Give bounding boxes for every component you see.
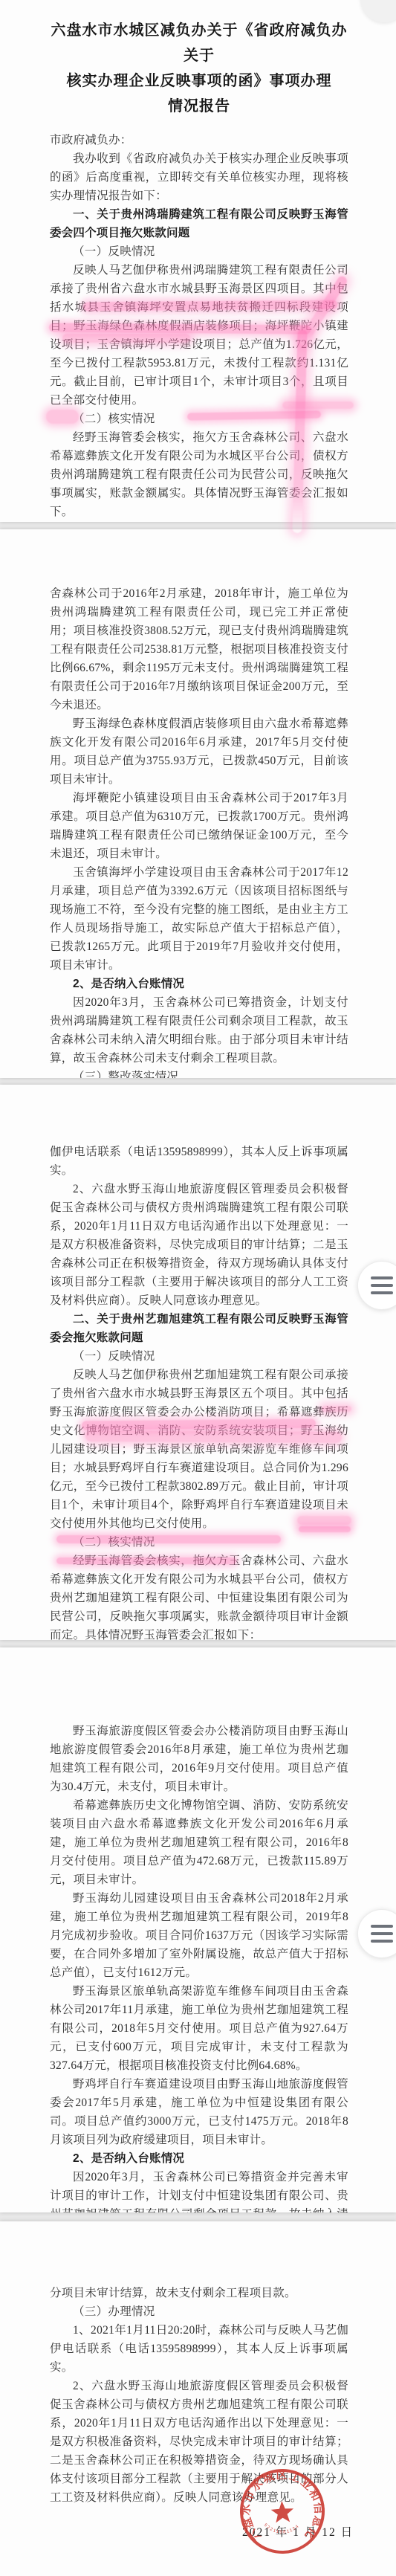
doc-paragraph: 2、是否纳入台账情况 xyxy=(50,975,348,993)
stitched-screenshot: 六盘水市水城区减负办关于《省政府减负办关于核实办理企业反映事项的函》事项办理情况… xyxy=(0,0,396,2576)
doc-paragraph: 我办收到《省政府减负办关于核实办理企业反映事项的函》后高度重视，立即转交有关单位… xyxy=(50,149,348,205)
doc-paragraph: 因2020年3月，玉舍森林公司已筹措资金，计划支付贵州鸿瑞腾建筑工程有限责任公司… xyxy=(50,993,348,1068)
doc-paragraph: 海坪鞭陀小镇建设项目由玉舍森林公司于2017年3月承建。项目总产值为6310万元… xyxy=(50,789,348,863)
doc-paragraph: 2、是否纳入台账情况 xyxy=(50,2149,348,2168)
hamburger-menu-icon xyxy=(371,1932,393,1935)
seal-serial-text: 52211981124 xyxy=(263,2521,301,2536)
doc-paragraph: 野玉海幼儿园建设项目由玉舍森林公司2018年2月承建，施工单位为贵州艺珈旭建筑工… xyxy=(50,1889,348,1982)
doc-paragraph: 经野玉海管委会核实，拖欠方玉舍森林公司、六盘水希幕遮彝族文化开发有限公司为水城县… xyxy=(50,1552,348,1640)
page-content: 野玉海旅游度假区管委会办公楼消防项目由野玉海山地旅游度假管委会2016年8月承建… xyxy=(50,1722,348,2212)
document-page-1: 六盘水市水城区减负办关于《省政府减负办关于核实办理企业反映事项的函》事项办理情况… xyxy=(0,0,396,522)
hamburger-menu-icon xyxy=(371,1925,393,1928)
doc-paragraph: 野玉海旅游度假区管委会办公楼消防项目由野玉海山地旅游度假管委会2016年8月承建… xyxy=(50,1722,348,1796)
doc-paragraph: 一、关于贵州鸿瑞腾建筑工程有限公司反映野玉海管委会四个项目拖欠账款问题 xyxy=(50,205,348,242)
doc-paragraph: 经野玉海管委会核实，拖欠方玉舍森林公司、六盘水希幕遮彝族文化开发有限公司为水城区… xyxy=(50,428,348,521)
doc-paragraph: 1、2021年1月11日20:20时，森林公司与反映人马艺伽伊电话联系（电话13… xyxy=(50,2321,348,2377)
doc-paragraph: （二）核实情况 xyxy=(50,1533,348,1552)
hamburger-menu-icon xyxy=(371,1284,393,1287)
doc-paragraph: （二）核实情况 xyxy=(50,410,348,428)
doc-paragraph: （三）办理情况 xyxy=(50,2302,348,2321)
page-content: 六盘水市水城区减负办关于《省政府减负办关于核实办理企业反映事项的函》事项办理情况… xyxy=(50,18,348,522)
doc-paragraph: 玉舍镇海坪小学建设项目由玉舍森林公司于2017年12月承建，项目总产值为3392… xyxy=(50,863,348,975)
doc-paragraph: 因2020年3月，玉舍森林公司已筹措资金并完善未审计项目的审计工作，计划支付中恒… xyxy=(50,2168,348,2212)
document-page-4: 野玉海旅游度假区管委会办公楼消防项目由野玉海山地旅游度假管委会2016年8月承建… xyxy=(0,1647,396,2212)
doc-paragraph: 2、六盘水野玉海山地旅游度假区管理委员会积极督促玉舍森林公司与债权方贵州鸿瑞腾建… xyxy=(50,1180,348,1310)
hamburger-menu-icon xyxy=(371,1291,393,1294)
doc-title-line: 六盘水市水城区减负办关于《省政府减负办关于 xyxy=(50,18,348,68)
hamburger-menu-icon xyxy=(371,1940,393,1943)
doc-paragraph: （三）整改落实情况 xyxy=(50,1068,348,1078)
document-page-3: 伽伊电话联系（电话13595898999），其本人反上诉事项属实。2、六盘水野玉… xyxy=(0,1085,396,1640)
page-content: 伽伊电话联系（电话13595898999），其本人反上诉事项属实。2、六盘水野玉… xyxy=(50,1143,348,1640)
doc-paragraph: 分项目未审计结算，故未支付剩余工程项目款。 xyxy=(50,2284,348,2302)
doc-title-line: 核实办理企业反映事项的函》事项办理 xyxy=(50,68,348,94)
seal-star xyxy=(270,2500,294,2522)
doc-paragraph: （一）反映情况 xyxy=(50,242,348,261)
doc-paragraph: 舍森林公司于2016年2月承建，2018年审计，施工单位为贵州鸿瑞腾建筑工程有限… xyxy=(50,584,348,714)
doc-paragraph: 市政府减负办： xyxy=(50,131,348,149)
doc-paragraph: 1、基本情况 xyxy=(50,521,348,522)
document-page-2: 舍森林公司于2016年2月承建，2018年审计，施工单位为贵州鸿瑞腾建筑工程有限… xyxy=(0,529,396,1078)
doc-paragraph: 伽伊电话联系（电话13595898999），其本人反上诉事项属实。 xyxy=(50,1143,348,1180)
doc-paragraph: 反映人马艺伽伊称贵州艺珈旭建筑工程有限公司承接了贵州省六盘水市水城县野玉海景区五… xyxy=(50,1366,348,1533)
doc-paragraph: 二、关于贵州艺珈旭建筑工程有限公司反映野玉海管委会拖欠账款问题 xyxy=(50,1310,348,1347)
doc-paragraph: 野玉海景区旅单轨高架游览车维修车间项目由玉舍森林公司2017年11月承建，施工单… xyxy=(50,1982,348,2075)
document-page-5: 分项目未审计结算，故未支付剩余工程项目款。（三）办理情况1、2021年1月11日… xyxy=(0,2221,396,2576)
page-content: 舍森林公司于2016年2月承建，2018年审计，施工单位为贵州鸿瑞腾建筑工程有限… xyxy=(50,584,348,1078)
doc-paragraph: 野玉海绿色森林度假酒店装修项目由六盘水希幕遮彝族文化开发有限公司2016年6月承… xyxy=(50,714,348,789)
doc-paragraph: （一）反映情况 xyxy=(50,1347,348,1366)
hamburger-menu-icon xyxy=(371,1276,393,1279)
doc-paragraph: 反映人马艺伽伊称贵州鸿瑞腾建筑工程有限责任公司承接了贵州省六盘水市水城县野玉海景… xyxy=(50,261,348,410)
official-seal: 六盘水市水城区工业和信息化局 52211981124 xyxy=(236,2464,329,2558)
doc-paragraph: 野鸡坪自行车赛道建设项目由野玉海山地旅游度假管委会2017年5月承建，施工单位为… xyxy=(50,2075,348,2149)
doc-title-line: 情况报告 xyxy=(50,94,348,119)
doc-paragraph: 希幕遮彝族历史文化博物馆空调、消防、安防系统安装项目由六盘水希幕遮彝族文化开发公… xyxy=(50,1796,348,1889)
svg-text:52211981124: 52211981124 xyxy=(263,2521,301,2536)
